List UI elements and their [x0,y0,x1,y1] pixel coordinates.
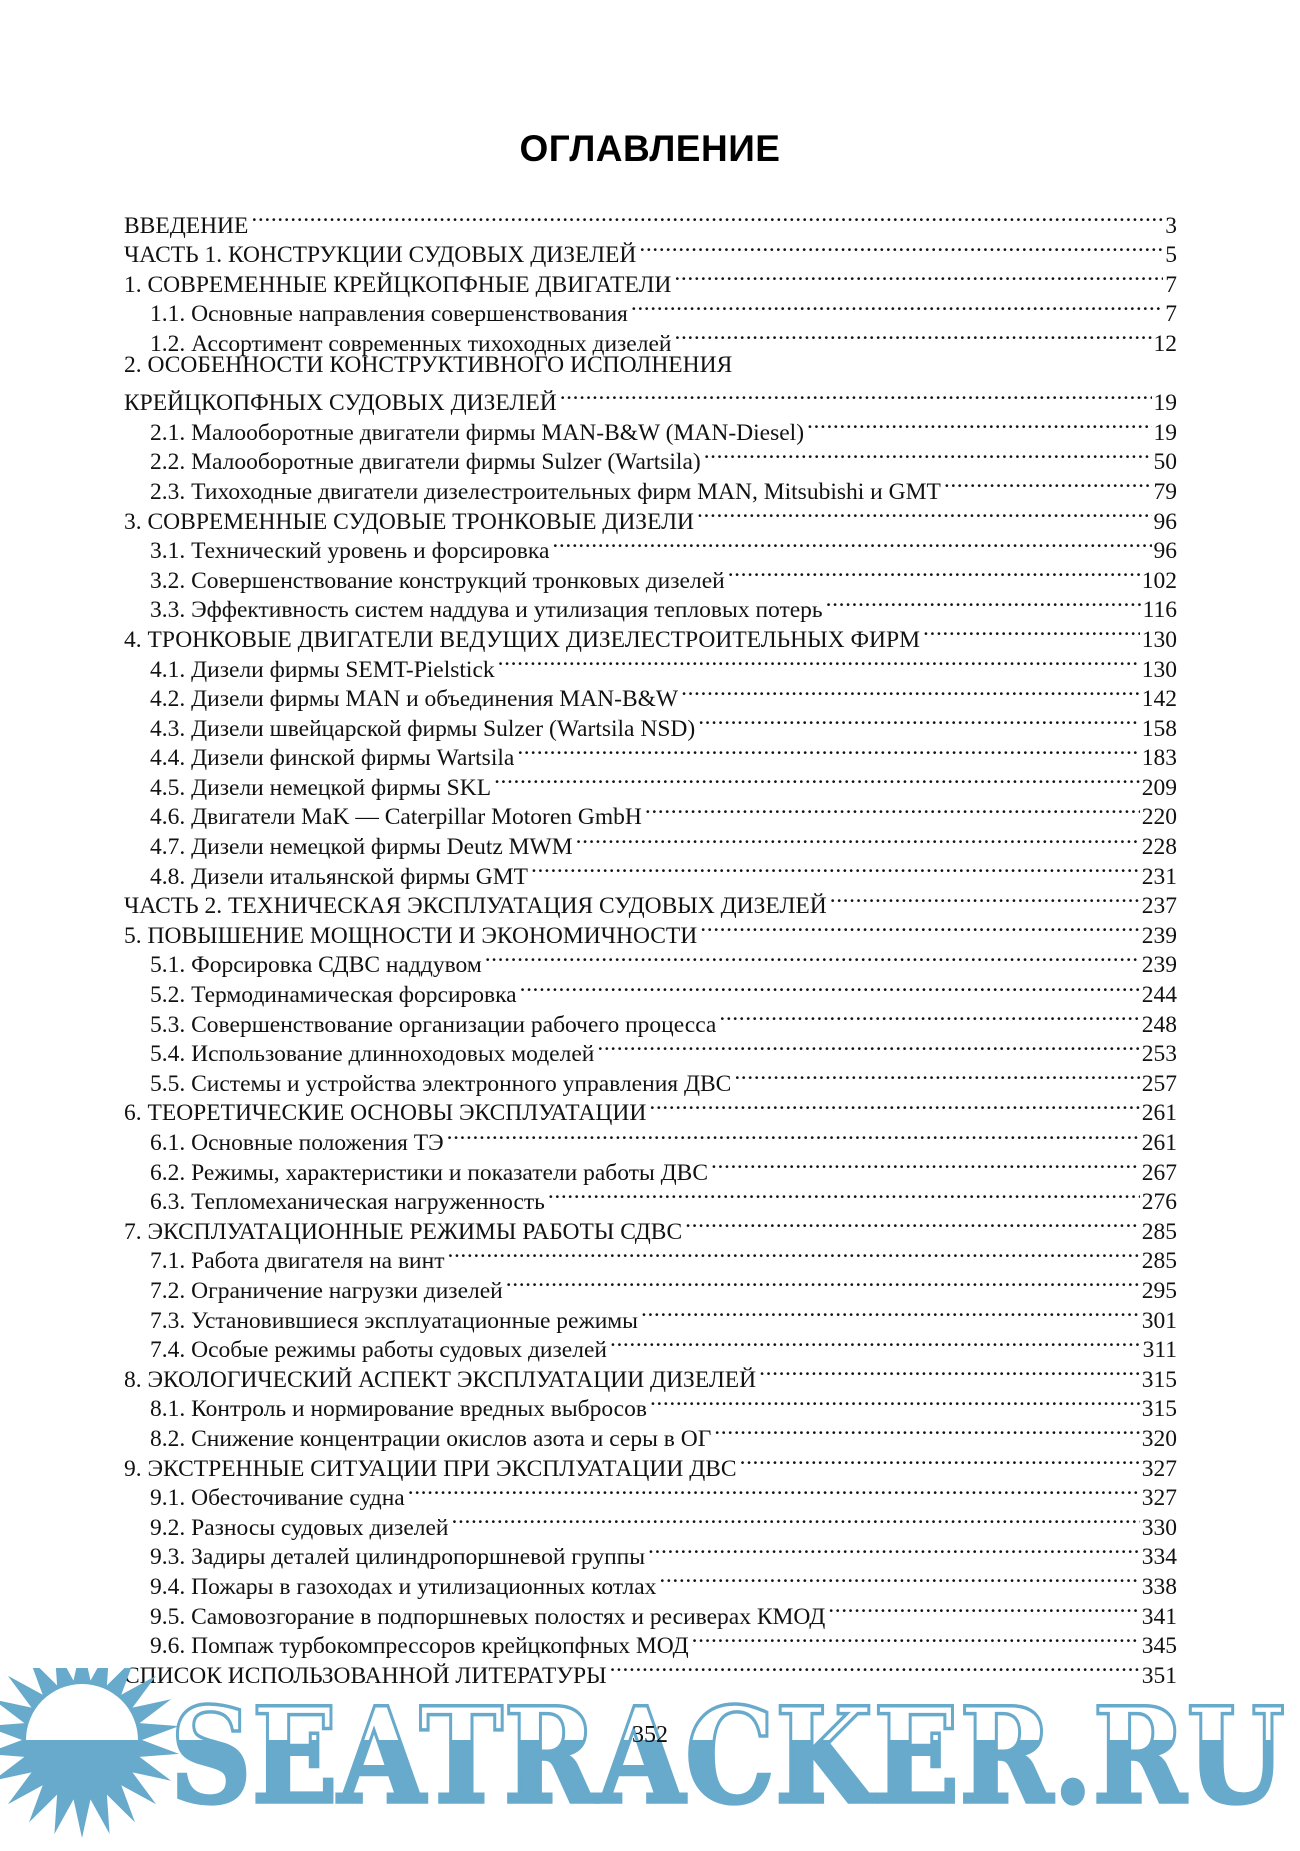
toc-entry-page: 130 [1140,626,1177,656]
toc-entry-title: 7.4. Особые режимы работы судовых дизеле… [150,1336,610,1366]
toc-entry-page: 261 [1140,1099,1177,1129]
dot-leader [610,1653,1140,1683]
toc-entry-title: 9.3. Задиры деталей цилиндропоршневой гр… [150,1543,648,1573]
toc-entry-page: 341 [1140,1603,1177,1633]
toc-entry-page: 19 [1152,389,1178,419]
dot-leader [674,321,1151,351]
toc-entry-title: 4.4. Дизели финской фирмы Wartsila [150,744,517,774]
seatracker-watermark: SEATRACKER.RU SEATRACKER.RU [0,1668,1300,1851]
page-number: 352 [0,1722,1300,1749]
toc-entry-title: 3.3. Эффективность систем наддува и утил… [150,596,826,626]
toc-entry-title: 6.3. Тепломеханическая нагруженность [150,1188,548,1218]
toc-entry-page: 315 [1140,1395,1177,1425]
toc-entry-page: 267 [1140,1159,1177,1189]
dot-leader [674,262,1163,292]
toc-entry-page: 183 [1140,744,1177,774]
toc-entry-title: 4.7. Дизели немецкой фирмы Deutz MWM [150,833,576,863]
toc-entry-page: 330 [1140,1514,1177,1544]
dot-leader [452,1505,1140,1535]
dot-leader [711,1150,1140,1180]
toc-entry-page: 261 [1140,1129,1177,1159]
toc-entry-title: 4.6. Двигатели MaK — Caterpillar Motoren… [150,803,645,833]
toc-entry[interactable]: ВВЕДЕНИЕ3 [124,203,1177,233]
dot-leader [552,529,1151,559]
toc-entry-title: 4.2. Дизели фирмы MAN и объединения MAN-… [150,685,681,715]
toc-entry-page: 244 [1140,981,1177,1011]
toc-entry-page: 50 [1152,448,1178,478]
toc-entry-title: 6.1. Основные положения ТЭ [150,1129,447,1159]
dot-leader [700,913,1140,943]
page-title: ОГЛАВЛЕНИЕ [0,128,1300,170]
toc-entry-page: 301 [1140,1307,1177,1337]
toc-entry-title: ВВЕДЕНИЕ [124,212,251,242]
dot-leader [447,1239,1139,1269]
dot-leader [830,884,1140,914]
toc-entry-page: 96 [1152,537,1178,567]
toc-entry-title: 5.2. Термодинамическая форсировка [150,981,520,1011]
toc-entry-page: 315 [1140,1366,1177,1396]
toc-entry-title: 7.1. Работа двигателя на винт [150,1247,447,1277]
toc-entry-title: 1.1. Основные направления совершенствова… [150,300,631,330]
toc-entry[interactable]: КРЕЙЦКОПФНЫХ СУДОВЫХ ДИЗЕЛЕЙ19 [124,381,1177,411]
toc-entry[interactable]: ЧАСТЬ 1. КОНСТРУКЦИИ СУДОВЫХ ДИЗЕЛЕЙ5 [124,233,1177,263]
dot-leader [548,1180,1140,1210]
toc-entry-page: 239 [1140,922,1177,952]
toc-entry-page: 237 [1140,892,1177,922]
toc-entry-page: 220 [1140,803,1177,833]
toc-entry-page: 209 [1140,774,1177,804]
toc-entry-page: 7 [1163,300,1177,330]
toc-entry-page: 285 [1140,1247,1177,1277]
dot-leader [826,588,1141,618]
toc-entry-page: 239 [1140,951,1177,981]
toc-entry-page: 327 [1140,1484,1177,1514]
toc-entry-title: 4.5. Дизели немецкой фирмы SKL [150,774,494,804]
dot-leader [648,1535,1140,1565]
toc-entry-title: ЧАСТЬ 1. КОНСТРУКЦИИ СУДОВЫХ ДИЗЕЛЕЙ [124,241,639,271]
dot-leader [517,736,1139,766]
dot-leader [719,1002,1139,1032]
toc-entry-page: 12 [1152,330,1178,360]
toc-entry-page: 5 [1163,241,1177,271]
toc-entry-title: 7.2. Ограничение нагрузки дизелей [150,1277,506,1307]
dot-leader [531,854,1140,884]
toc-entry-page: 3 [1163,212,1177,242]
toc-entry-page: 320 [1140,1425,1177,1455]
dot-leader [659,1564,1139,1594]
toc-entry-title: 9.4. Пожары в газоходах и утилизационных… [150,1573,659,1603]
dot-leader [698,706,1140,736]
toc-entry-page: 79 [1152,478,1178,508]
toc-entry-title: 4.1. Дизели фирмы SEMT-Pielstick [150,656,498,686]
toc-entry-title: 4.8. Дизели итальянской фирмы GMT [150,863,531,893]
toc-entry-page: 19 [1152,419,1178,449]
dot-leader [498,647,1140,677]
toc-entry-page: 130 [1140,656,1177,686]
dot-leader [506,1268,1140,1298]
toc-entry-page: 311 [1141,1336,1177,1366]
svg-text:SEATRACKER.RU: SEATRACKER.RU [170,1679,1285,1834]
toc-entry-title: 2. ОСОБЕННОСТИ КОНСТРУКТИВНОГО ИСПОЛНЕНИ… [124,351,735,381]
dot-leader [631,292,1163,322]
dot-leader [408,1476,1140,1506]
dot-leader [645,795,1140,825]
table-of-contents: ВВЕДЕНИЕ3ЧАСТЬ 1. КОНСТРУКЦИИ СУДОВЫХ ДИ… [124,203,1177,1683]
watermark-graphic: SEATRACKER.RU SEATRACKER.RU [0,1668,1300,1851]
dot-leader [697,499,1151,529]
dot-leader [650,1387,1140,1417]
toc-entry-page: 102 [1140,567,1177,597]
toc-entry-title: 8.1. Контроль и нормирование вредных выб… [150,1395,650,1425]
dot-leader [685,1209,1140,1239]
toc-entry-page: 158 [1140,715,1177,745]
dot-leader [692,1624,1140,1654]
dot-leader [944,469,1152,499]
dot-leader [807,410,1151,440]
svg-text:SEATRACKER.RU: SEATRACKER.RU [170,1679,1285,1834]
dot-leader [576,824,1140,854]
toc-entry-page: 142 [1140,685,1177,715]
toc-entry-title: 2.2. Малооборотные двигатели фирмы Sulze… [150,448,704,478]
dot-leader [714,1416,1139,1446]
dot-leader [923,617,1140,647]
toc-entry-page: 285 [1140,1218,1177,1248]
toc-entry-page: 345 [1140,1632,1177,1662]
toc-entry-title: 3.2. Совершенствование конструкций тронк… [150,567,728,597]
dot-leader [639,233,1163,263]
dot-leader [560,381,1152,411]
sun-over-sea-icon [0,1668,179,1838]
dot-leader [597,1032,1139,1062]
toc-entry-title: 5.5. Системы и устройства электронного у… [150,1070,734,1100]
dot-leader [485,943,1140,973]
dot-leader [447,1120,1140,1150]
dot-leader [251,203,1163,233]
toc-entry-title: СПИСОК ИСПОЛЬЗОВАННОЙ ЛИТЕРАТУРЫ [124,1662,610,1692]
dot-leader [728,558,1140,588]
toc-entry-title: 7.3. Установившиеся эксплуатационные реж… [150,1307,641,1337]
toc-entry-page: 295 [1140,1277,1177,1307]
toc-entry-page: 7 [1163,271,1177,301]
toc-entry-page: 334 [1140,1543,1177,1573]
dot-leader [610,1328,1141,1358]
toc-entry-title: КРЕЙЦКОПФНЫХ СУДОВЫХ ДИЗЕЛЕЙ [124,389,560,419]
toc-entry-page: 276 [1140,1188,1177,1218]
toc-entry-page: 253 [1140,1040,1177,1070]
dot-leader [494,765,1140,795]
toc-entry-title: 9.2. Разносы судовых дизелей [150,1514,452,1544]
dot-leader [828,1594,1140,1624]
dot-leader [681,677,1140,707]
dot-leader [641,1298,1140,1328]
toc-entry-page: 231 [1140,863,1177,893]
toc-entry-page: 96 [1152,508,1178,538]
toc-entry-title: 3.1. Технический уровень и форсировка [150,537,552,567]
dot-leader [734,1061,1139,1091]
dot-leader [520,972,1140,1002]
toc-entry-title: 9.1. Обесточивание судна [150,1484,408,1514]
watermark-text: SEATRACKER.RU SEATRACKER.RU [170,1679,1285,1834]
toc-entry-title: 5.4. Использование длинноходовых моделей [150,1040,597,1070]
dot-leader [704,440,1152,470]
toc-entry-page: 248 [1140,1011,1177,1041]
dot-leader [759,1357,1140,1387]
toc-entry-page: 257 [1140,1070,1177,1100]
dot-leader [740,1446,1140,1476]
toc-entry-title: 1. СОВРЕМЕННЫЕ КРЕЙЦКОПФНЫЕ ДВИГАТЕЛИ [124,271,674,301]
toc-entry-title: 5.1. Форсировка СДВС наддувом [150,951,485,981]
toc-entry-page: 327 [1140,1455,1177,1485]
toc-entry-page: 228 [1140,833,1177,863]
toc-entry[interactable]: 2. ОСОБЕННОСТИ КОНСТРУКТИВНОГО ИСПОЛНЕНИ… [124,351,1177,381]
toc-entry-title: 8.2. Снижение концентрации окислов азота… [150,1425,714,1455]
toc-entry-page: 116 [1141,596,1177,626]
toc-entry-page: 338 [1140,1573,1177,1603]
dot-leader [649,1091,1139,1121]
toc-entry-page: 351 [1140,1662,1177,1692]
